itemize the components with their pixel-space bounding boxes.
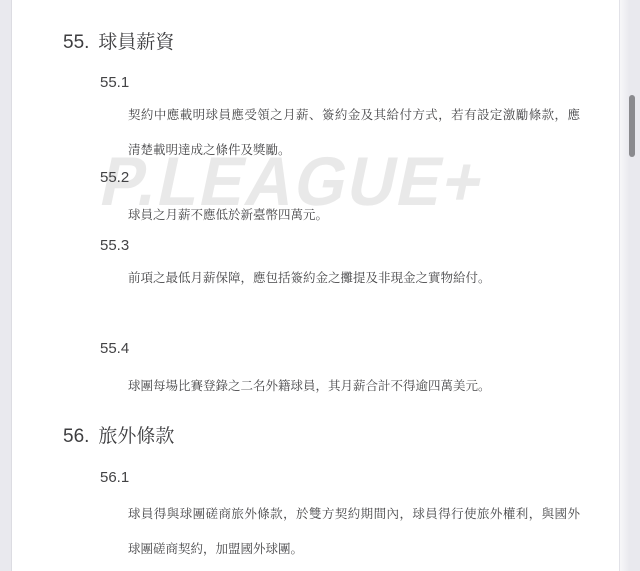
clause-text-55-1-line-2: 清楚載明達成之條件及獎勵。 <box>128 133 580 168</box>
clause-number-55-3: 55.3 <box>100 237 129 254</box>
scrollbar-thumb[interactable] <box>629 95 635 157</box>
clause-text-55-2-line-1: 球員之月薪不應低於新臺幣四萬元。 <box>128 198 580 233</box>
section-heading-55: 55.球員薪資 <box>63 27 174 54</box>
section-56-number: 56. <box>63 426 89 447</box>
left-margin-strip <box>0 0 12 571</box>
screenshot-root: P.LEAGUE+ 55.球員薪資 55.1 契約中應載明球員應受領之月薪、簽約… <box>0 0 640 571</box>
document-page: P.LEAGUE+ 55.球員薪資 55.1 契約中應載明球員應受領之月薪、簽約… <box>12 0 619 571</box>
section-heading-56: 56.旅外條款 <box>63 421 174 448</box>
clause-number-55-1: 55.1 <box>100 74 129 91</box>
section-55-number: 55. <box>63 32 89 53</box>
clause-text-55-4-line-1: 球團每場比賽登錄之二名外籍球員，其月薪合計不得逾四萬美元。 <box>128 369 580 404</box>
clause-text-56-1-line-2: 球團磋商契約，加盟國外球團。 <box>128 532 580 567</box>
section-55-title: 球員薪資 <box>98 32 174 53</box>
section-56-title: 旅外條款 <box>98 426 174 447</box>
clause-text-55-3-line-1: 前項之最低月薪保障，應包括簽約金之攤提及非現金之實物給付。 <box>128 261 580 296</box>
clause-text-56-1-line-1: 球員得與球團磋商旅外條款，於雙方契約期間內，球員得行使旅外權利，與國外 <box>128 497 580 532</box>
clause-text-55-1-line-1: 契約中應載明球員應受領之月薪、簽約金及其給付方式，若有設定激勵條款，應 <box>128 98 580 133</box>
clause-number-56-1: 56.1 <box>100 469 129 486</box>
clause-number-55-2: 55.2 <box>100 169 129 186</box>
right-margin-strip <box>619 0 640 571</box>
clause-number-55-4: 55.4 <box>100 340 129 357</box>
